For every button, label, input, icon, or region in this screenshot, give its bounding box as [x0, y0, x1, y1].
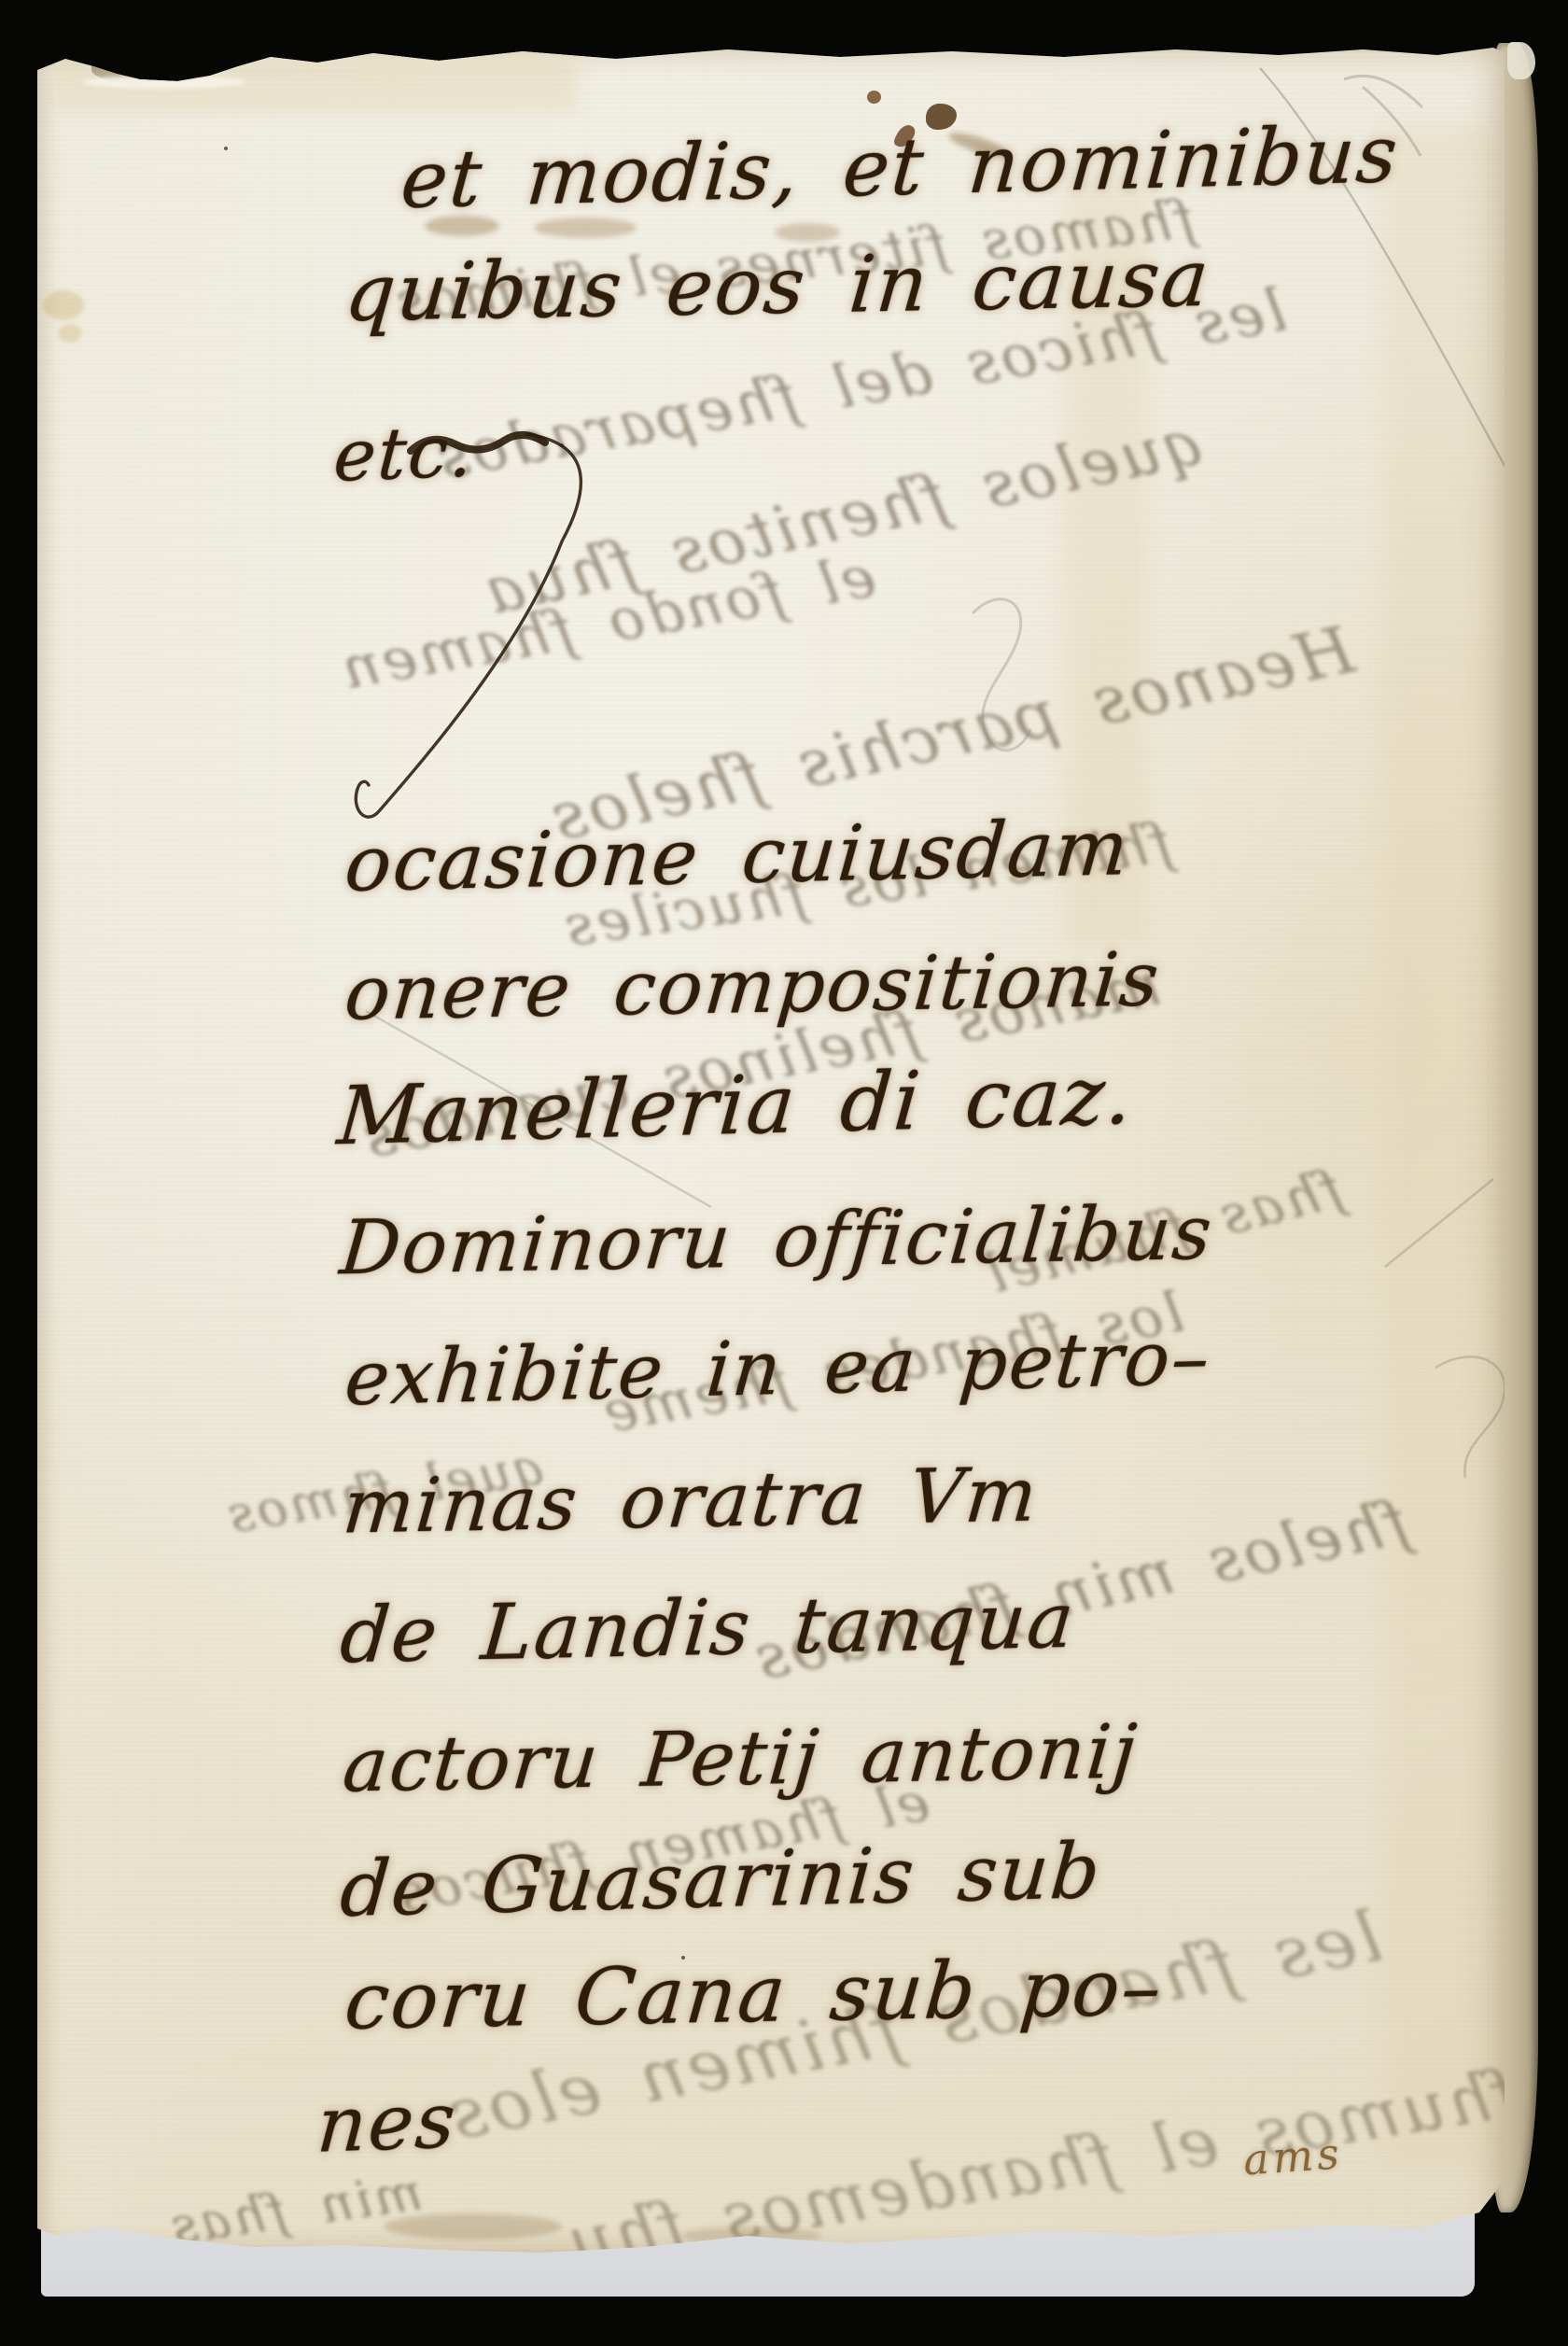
next-leaf-corner [1507, 42, 1535, 79]
ink-spot [867, 91, 881, 104]
manuscript-line: quibus eos in causa [342, 232, 1214, 339]
foxing-spot [58, 324, 82, 343]
manuscript-line: Dominoru officialibus [337, 1189, 1217, 1291]
pencil-flourish [1385, 1179, 1505, 1478]
manuscript-line: coru Cana sub po– [342, 1941, 1167, 2046]
manuscript-line: nes [315, 2076, 460, 2170]
manuscript-line: etc. [331, 409, 477, 498]
manuscript-line: actoru Petij antonij [340, 1707, 1141, 1808]
scanned-manuscript: fhamos fiternes el fhimos les fhicos del… [0, 0, 1568, 2346]
top-edge-scuff [229, 42, 593, 66]
manuscript-line: ocasione cuiusdam [342, 804, 1133, 909]
paper-speck [224, 147, 228, 150]
manuscript-line: de Landis tanqua [337, 1577, 1079, 1681]
manuscript-line: minas oratra Vm [340, 1451, 1042, 1550]
foxing-spot [43, 290, 84, 320]
manuscript-line: et modis, et nominibus [398, 108, 1402, 226]
catchword: ams [1241, 2128, 1344, 2184]
torn-edge-fibers [82, 76, 246, 89]
manuscript-line: Manelleria di caz. [334, 1049, 1137, 1164]
manuscript-line: exhibite in ea petro– [342, 1314, 1214, 1423]
top-edge-stain [54, 44, 577, 111]
manuscript-page: fhamos fiternes el fhimos les fhicos del… [37, 42, 1505, 2256]
manuscript-line: de Guasarinis sub [337, 1827, 1105, 1934]
edge-toning [1381, 126, 1498, 2161]
manuscript-line: onere compositionis [342, 935, 1164, 1036]
